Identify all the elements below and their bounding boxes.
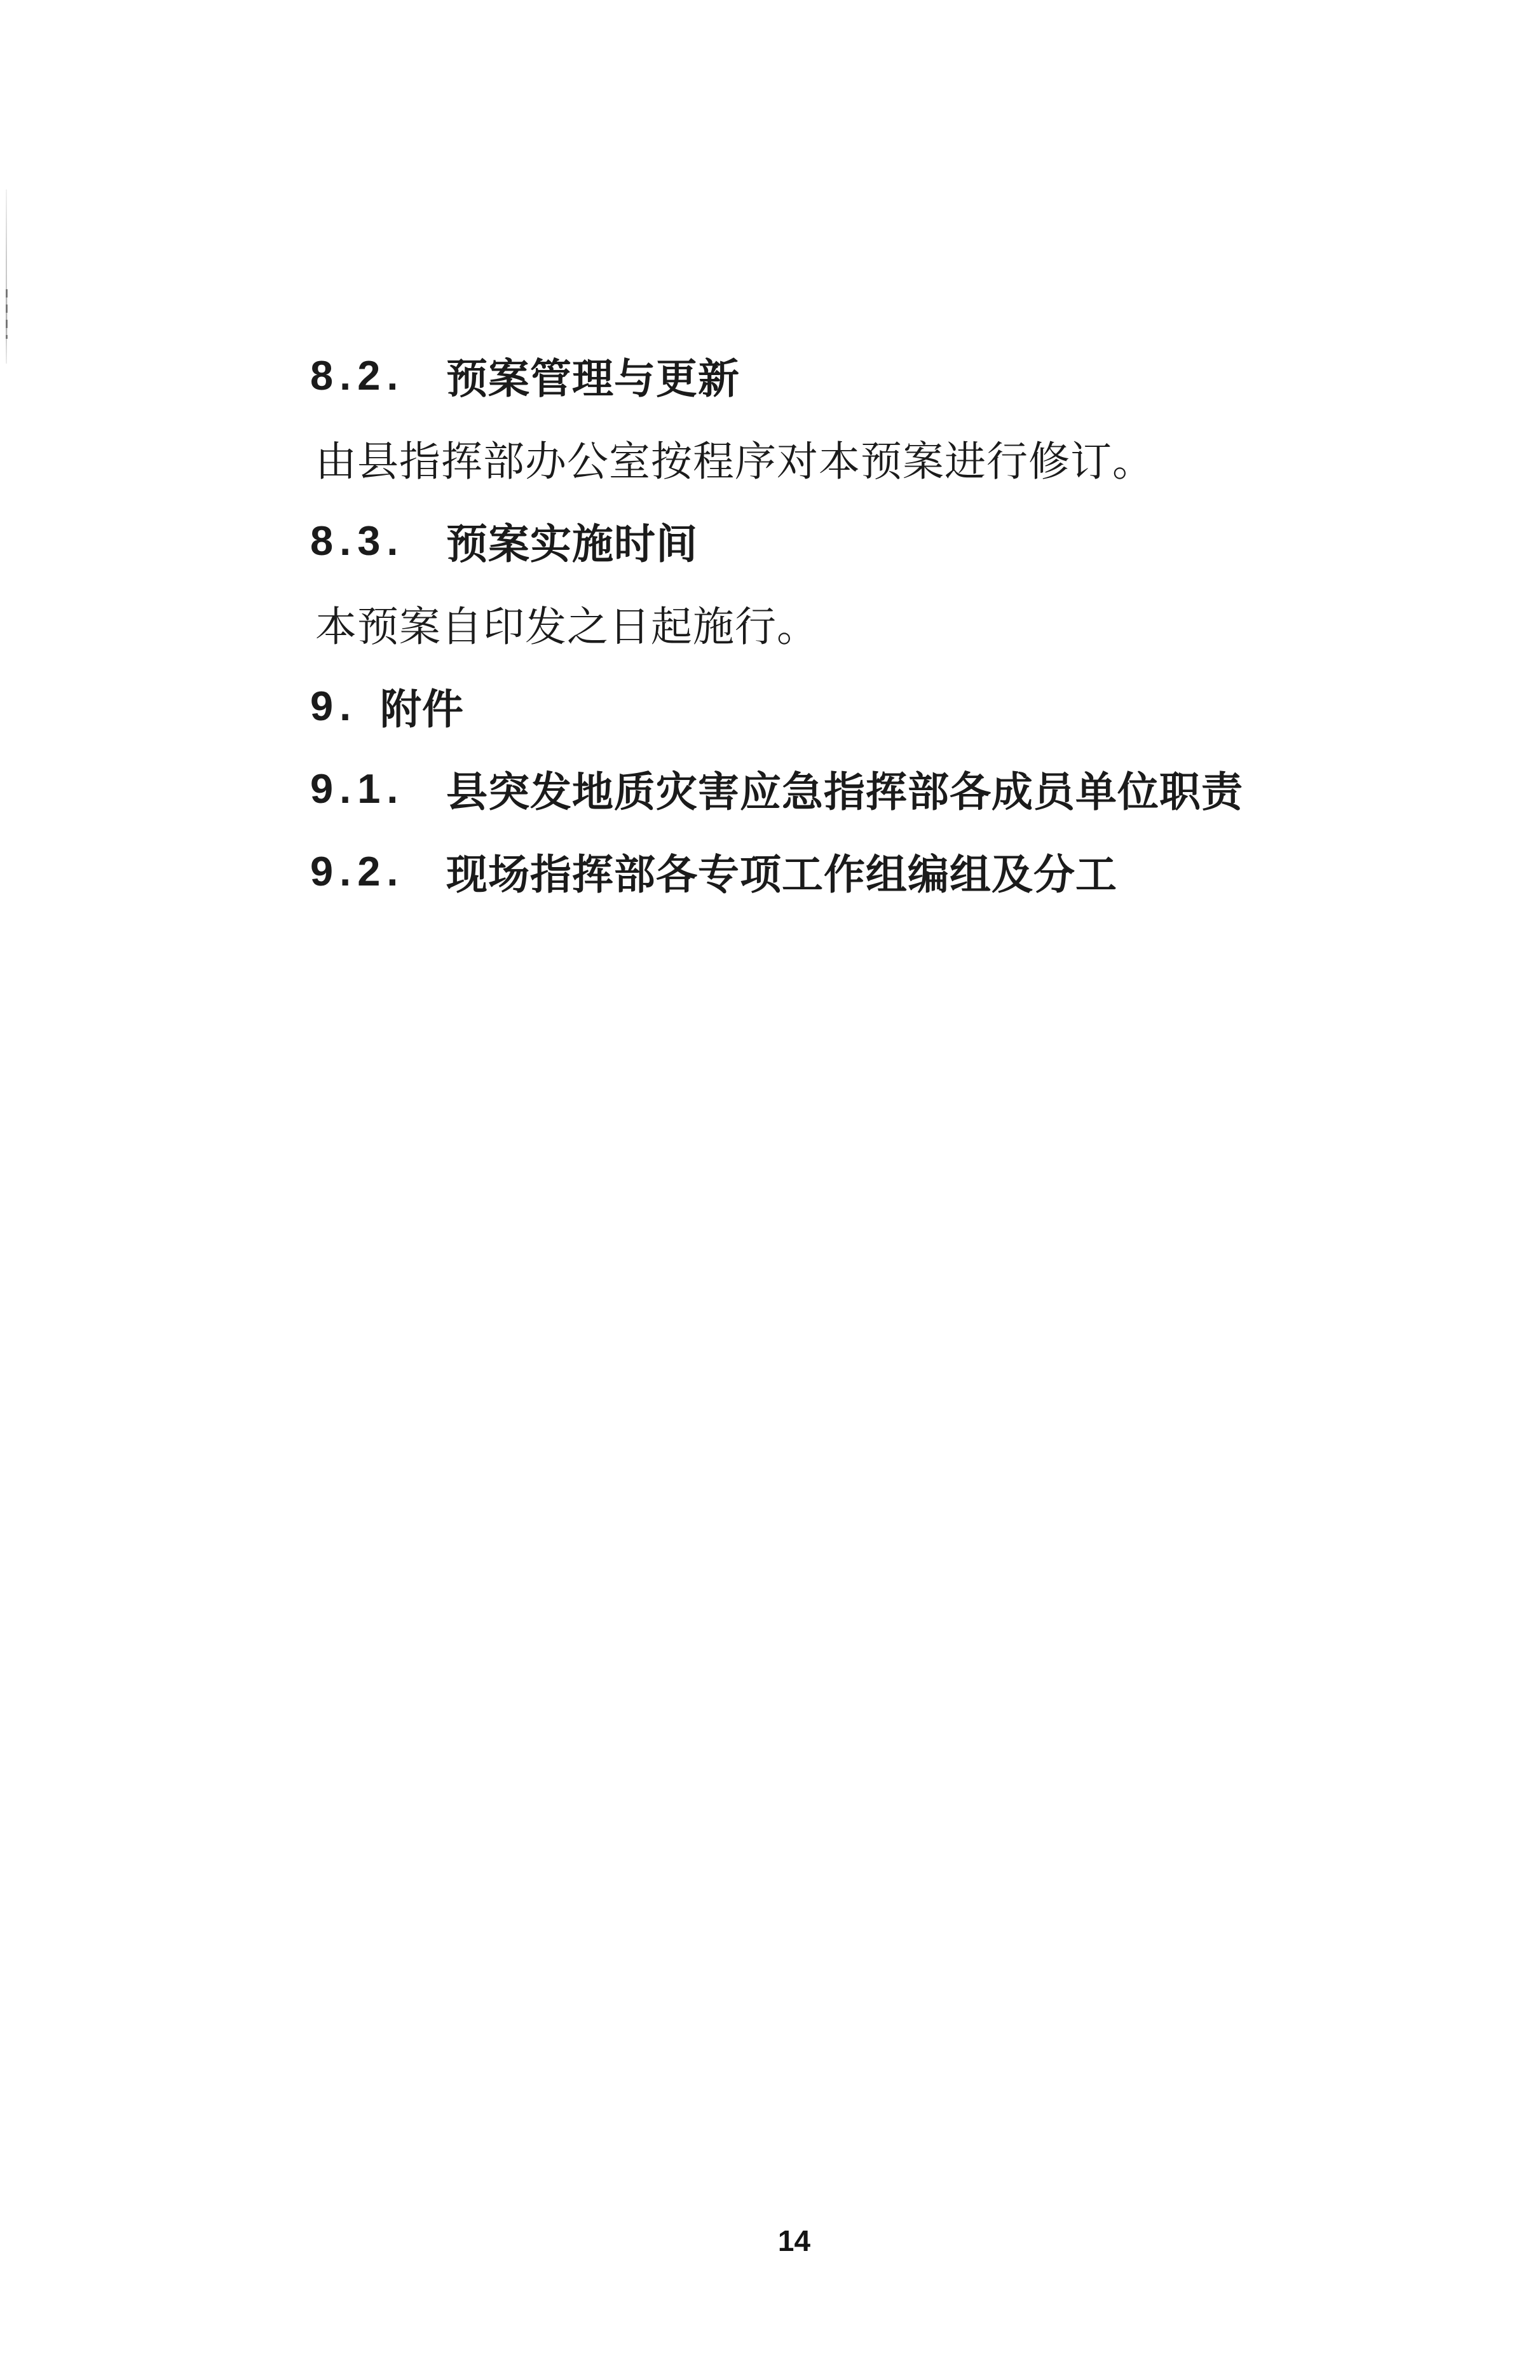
document-content: 8.2. 预案管理与更新 由县指挥部办公室按程序对本预案进行修订。 8.3. 预… (310, 334, 1243, 912)
section-number: 8.2. (310, 352, 446, 399)
section-number: 8.3. (310, 517, 446, 564)
section-heading-8-3: 8.3. 预案实施时间 (310, 499, 1243, 582)
section-number: 9. (310, 682, 380, 730)
document-page: 8.2. 预案管理与更新 由县指挥部办公室按程序对本预案进行修订。 8.3. 预… (0, 0, 1540, 2380)
page-footer: 14 (0, 2224, 1540, 2258)
section-heading-8-2: 8.2. 预案管理与更新 (310, 334, 1243, 416)
section-heading-9: 9. 附件 (310, 664, 1243, 747)
scan-artifact-dashes (6, 289, 8, 339)
section-title: 县突发地质灾害应急指挥部各成员单位职责 (446, 758, 1243, 818)
paragraph-effective-date: 本预案自印发之日起施行。 (310, 582, 1243, 664)
section-title: 现场指挥部各专项工作组编组及分工 (446, 841, 1117, 901)
paragraph-revision: 由县指挥部办公室按程序对本预案进行修订。 (310, 416, 1243, 499)
section-heading-9-2: 9.2. 现场指挥部各专项工作组编组及分工 (310, 830, 1243, 912)
page-number: 14 (778, 2224, 810, 2257)
section-heading-9-1: 9.1. 县突发地质灾害应急指挥部各成员单位职责 (310, 747, 1243, 830)
paragraph-text: 由县指挥部办公室按程序对本预案进行修订。 (315, 428, 1154, 488)
section-number: 9.2. (310, 847, 446, 895)
paragraph-text: 本预案自印发之日起施行。 (315, 593, 819, 653)
section-number: 9.1. (310, 765, 446, 812)
section-title: 附件 (380, 676, 464, 735)
section-title: 预案实施时间 (446, 510, 698, 570)
section-title: 预案管理与更新 (446, 345, 740, 405)
